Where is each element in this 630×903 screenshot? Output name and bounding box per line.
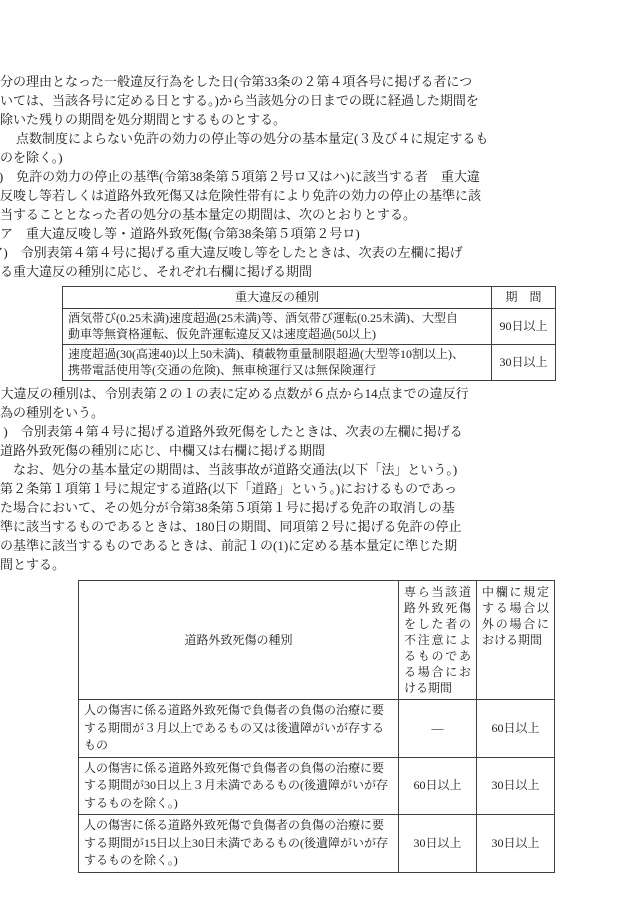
other-period-cell: 60日以上 xyxy=(477,700,555,758)
period-cell: 30日以上 xyxy=(492,345,556,381)
clause-a-heading: ア 重大違反唆し等・道路外致死傷(令第38条第５項第２号ロ) xyxy=(0,224,620,243)
clause-a-item-i: (イ) 令別表第４第４号に掲げる道路外致死傷をしたときは、次表の左欄に掲げる 道… xyxy=(0,422,620,460)
note-paragraph: (注) 重大違反の種別は、令別表第２の１の表に定める点数が６点から14点までの違… xyxy=(0,384,620,422)
other-period-cell: 30日以上 xyxy=(477,815,555,873)
paragraph-remaining-period: 分の理由となった一般違反行為をした日(令第33条の２第４項各号に掲げる者につ い… xyxy=(0,72,620,129)
header-other-period: 中欄に規定する場合以外の場合における期間 xyxy=(477,581,555,700)
table-row: 人の傷害に係る道路外致死傷で負傷者の負傷の治療に要 する期間が３月以上であるもの… xyxy=(79,700,555,758)
clause-a-item-i-supplement: なお、処分の基本量定の期間は、当該事故が道路交通法(以下「法」という。) 第２条… xyxy=(0,460,620,574)
other-period-cell: 30日以上 xyxy=(477,757,555,815)
table-header-row: 道路外致死傷の種別 専ら当該道路外致死傷をした者の不注意によるものである場合にお… xyxy=(79,581,555,700)
accident-type-cell: 人の傷害に係る道路外致死傷で負傷者の負傷の治療に要 する期間が３月以上であるもの… xyxy=(79,700,399,758)
serious-violation-period-table: 重大違反の種別 期 間 酒気帯び(0.25未満)速度超過(25未満)等、酒気帯び… xyxy=(62,286,556,381)
period-cell: 90日以上 xyxy=(492,309,556,345)
negligence-period-cell: 60日以上 xyxy=(399,757,477,815)
table-row: 酒気帯び(0.25未満)速度超過(25未満)等、酒気帯び運転(0.25未満)、大… xyxy=(63,309,556,345)
clause-a-item-a: (ア) 令別表第４第４号に掲げる重大違反唆し等をしたときは、次表の左欄に掲げ る… xyxy=(0,243,620,281)
document-page: 分の理由となった一般違反行為をした日(令第33条の２第４項各号に掲げる者につ い… xyxy=(0,0,630,903)
violation-type-cell: 速度超過(30(高速40)以上50未満)、積載物重量制限超過(大型等10割以上)… xyxy=(63,345,492,381)
clause-1-suspension-criteria: (1) 免許の効力の停止の基準(令第38条第５項第２号ロ又はハ)に該当する者 重… xyxy=(0,167,620,224)
header-violation-type: 重大違反の種別 xyxy=(63,287,492,309)
table-row: 人の傷害に係る道路外致死傷で負傷者の負傷の治療に要 する期間が30日以上３月未満… xyxy=(79,757,555,815)
header-negligence-period: 専ら当該道路外致死傷をした者の不注意によるものである場合における期間 xyxy=(399,581,477,700)
table-row: 速度超過(30(高速40)以上50未満)、積載物重量制限超過(大型等10割以上)… xyxy=(63,345,556,381)
accident-type-cell: 人の傷害に係る道路外致死傷で負傷者の負傷の治療に要 する期間が15日以上30日未… xyxy=(79,815,399,873)
off-road-death-injury-period-table: 道路外致死傷の種別 専ら当該道路外致死傷をした者の不注意によるものである場合にお… xyxy=(78,580,555,873)
negligence-period-cell: 30日以上 xyxy=(399,815,477,873)
header-accident-type: 道路外致死傷の種別 xyxy=(79,581,399,700)
table-header-row: 重大違反の種別 期 間 xyxy=(63,287,556,309)
section-2-heading: ２ 点数制度によらない免許の効力の停止等の処分の基本量定(３及び４に規定するも … xyxy=(0,129,620,167)
table-row: 人の傷害に係る道路外致死傷で負傷者の負傷の治療に要 する期間が15日以上30日未… xyxy=(79,815,555,873)
accident-type-cell: 人の傷害に係る道路外致死傷で負傷者の負傷の治療に要 する期間が30日以上３月未満… xyxy=(79,757,399,815)
header-period: 期 間 xyxy=(492,287,556,309)
negligence-period-cell: — xyxy=(399,700,477,758)
violation-type-cell: 酒気帯び(0.25未満)速度超過(25未満)等、酒気帯び運転(0.25未満)、大… xyxy=(63,309,492,345)
